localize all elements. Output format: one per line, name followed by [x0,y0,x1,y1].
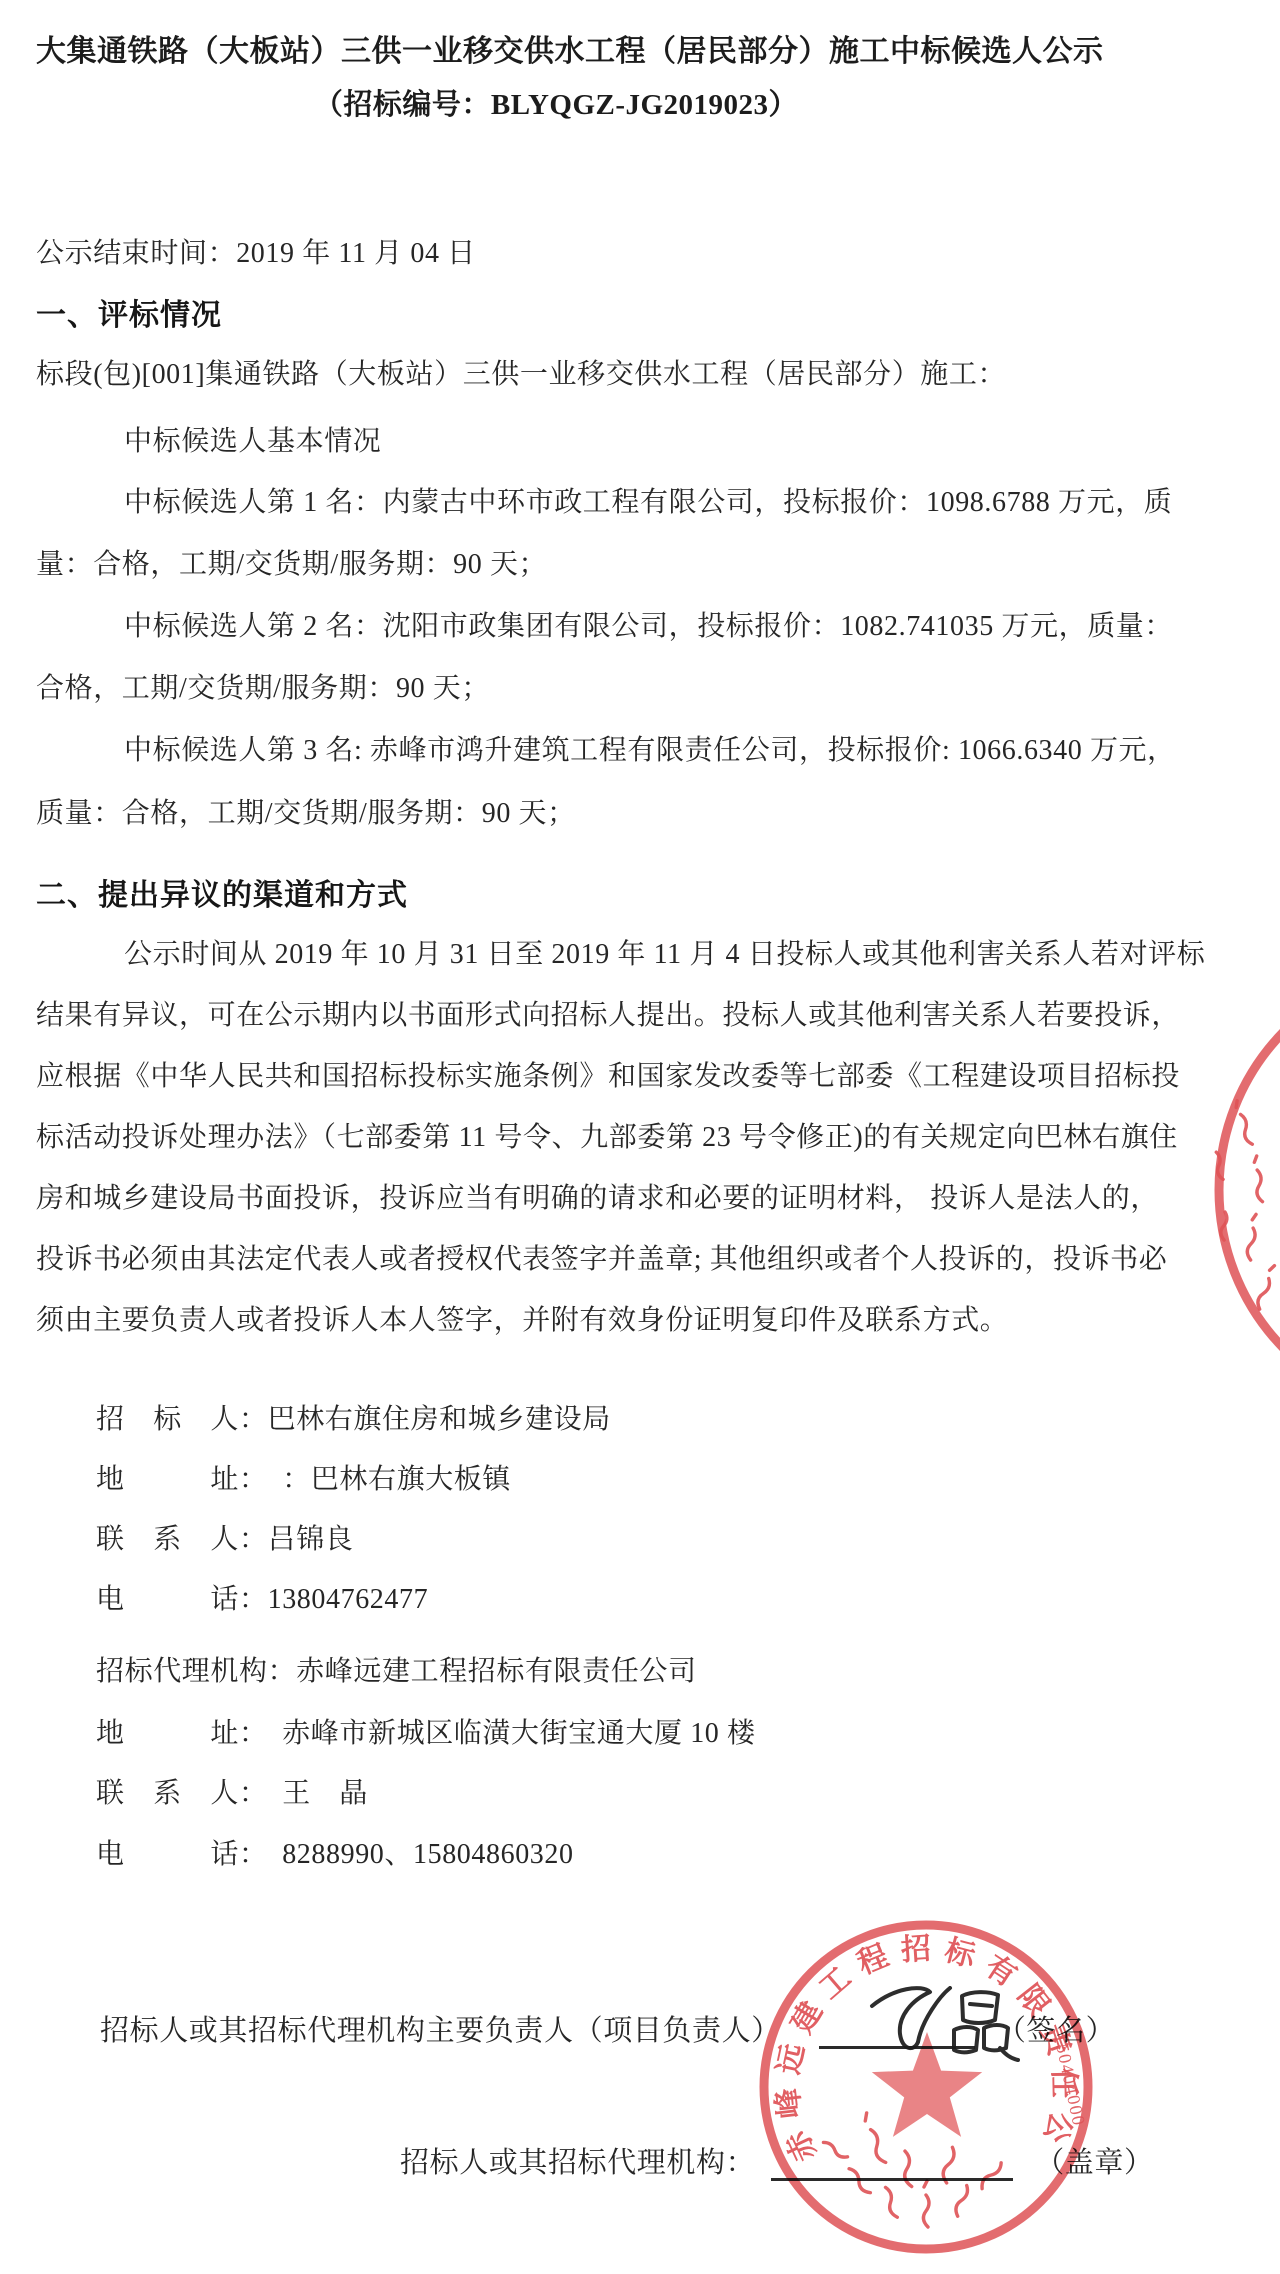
seal-mongolian-script-marks [822,2112,1003,2227]
partial-red-seal-stamp [1148,1002,1280,1374]
section2-line: 投诉书必须由其法定代表人或者授权代表签字并盖章; 其他组织或者个人投诉的，投诉书… [36,1237,1167,1277]
section1-heading: 一、评标情况 [36,290,222,334]
section2-line: 房和城乡建设局书面投诉，投诉应当有明确的请求和必要的证明材料， 投诉人是法人的， [36,1176,1159,1216]
candidate-2-line2: 合格，工期/交货期/服务期：90 天； [36,666,490,706]
section1-line: 标段(包)[001]集通铁路（大板站）三供一业移交供水工程（居民部分）施工： [36,352,1006,392]
candidate-1-line2: 量：合格，工期/交货期/服务期：90 天； [36,542,547,582]
section2-line: 须由主要负责人或者投诉人本人签字，并附有效身份证明复印件及联系方式。 [36,1298,1008,1338]
stamp-line-prefix: 招标人或其招标代理机构： [400,2140,755,2181]
section2-line: 应根据《中华人民共和国招标投标实施条例》和国家发改委等七部委《工程建设项目招标投 [36,1054,1180,1094]
section2-line: 公示时间从 2019 年 10 月 31 日至 2019 年 11 月 4 日投… [124,932,1205,972]
scanned-document-page: 大集通铁路（大板站）三供一业移交供水工程（居民部分）施工中标候选人公示 （招标编… [0,0,1280,2274]
handwritten-signature [850,1962,1070,2080]
section2-line: 结果有异议，可在公示期内以书面形式向招标人提出。投标人或其他利害关系人若要投诉， [36,993,1180,1033]
candidate-3-line: 中标候选人第 3 名: 赤峰市鸿升建筑工程有限责任公司，投标报价: 1066.6… [124,728,1176,768]
signature-line-prefix: 招标人或其招标代理机构主要负责人（项目负责人） [100,2008,781,2049]
document-subtitle-tender-number: （招标编号：BLYQGZ-JG2019023） [36,82,1076,123]
agency-contact-person: 联 系 人： 王 晶 [96,1771,368,1811]
tenderer-name: 招 标 人：巴林右旗住房和城乡建设局 [96,1397,611,1437]
agency-address: 地 址： 赤峰市新城区临潢大街宝通大厦 10 楼 [96,1711,756,1751]
candidate-2-line: 中标候选人第 2 名：沈阳市政集团有限公司，投标报价：1082.741035 万… [124,604,1173,644]
tenderer-contact-person: 联 系 人：吕锦良 [96,1517,353,1557]
section2-heading: 二、提出异议的渠道和方式 [36,870,408,914]
tenderer-phone: 电 话：13804762477 [96,1577,428,1617]
publicity-end-time: 公示结束时间：2019 年 11 月 04 日 [36,231,476,271]
section1-line: 中标候选人基本情况 [124,419,381,459]
agency-phone: 电 话： 8288990、15804860320 [96,1832,574,1872]
candidate-1-line: 中标候选人第 1 名：内蒙古中环市政工程有限公司，投标报价：1098.6788 … [124,480,1172,520]
agency-name: 招标代理机构：赤峰远建工程招标有限责任公司 [96,1649,697,1689]
tenderer-address: 地 址： ：巴林右旗大板镇 [96,1457,511,1497]
candidate-3-line2: 质量：合格，工期/交货期/服务期：90 天； [36,791,576,831]
section2-line: 标活动投诉处理办法》（七部委第 11 号令、九部委第 23 号令修正)的有关规定… [36,1115,1178,1155]
document-title: 大集通铁路（大板站）三供一业移交供水工程（居民部分）施工中标候选人公示 [36,26,1076,70]
